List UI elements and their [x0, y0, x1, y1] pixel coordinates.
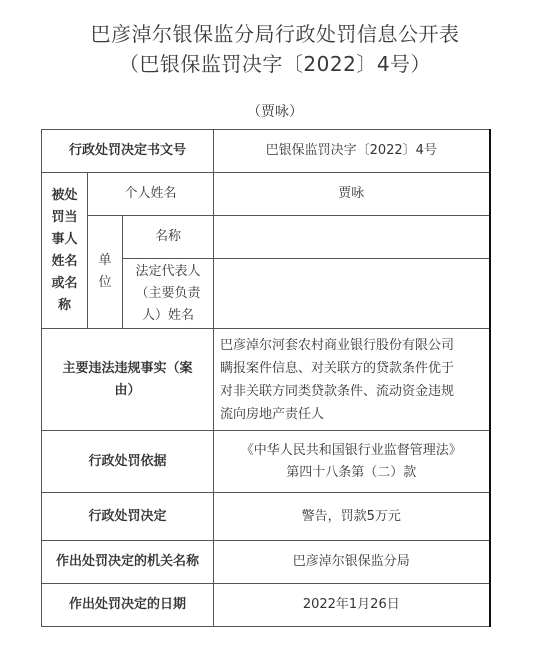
unit-label-line: 位	[88, 272, 122, 294]
date-label: 作出处罚决定的日期	[42, 584, 214, 627]
unit-label-line: 单	[88, 250, 122, 272]
row-violation: 主要违法违规事实（案 由） 巴彦淖尔河套农村商业银行股份有限公司 瞒报案件信息、…	[42, 329, 490, 431]
basis-value-line: 《中华人民共和国银行业监督管理法》	[214, 440, 489, 462]
party-name-subtitle: （贾咏）	[0, 101, 550, 121]
document-number-title: （巴银保监罚决字〔2022〕4号）	[0, 48, 550, 77]
row-individual-name: 被处 罚当 事人 姓名 或名 称 个人姓名 贾咏	[42, 173, 490, 216]
individual-name-label: 个人姓名	[88, 173, 214, 216]
legal-rep-label: 法定代表人 （主要负责 人）姓名	[123, 259, 214, 329]
doc-number-label: 行政处罚决定书文号	[42, 130, 214, 173]
unit-name-value	[214, 216, 490, 259]
violation-label: 主要违法违规事实（案 由）	[42, 329, 214, 431]
basis-value: 《中华人民共和国银行业监督管理法》 第四十八条第（二）款	[214, 431, 490, 493]
violation-value-line: 巴彦淖尔河套农村商业银行股份有限公司	[220, 334, 485, 357]
violation-value-line: 瞒报案件信息、对关联方的贷款条件优于	[220, 357, 485, 380]
violation-label-line: 主要违法违规事实（案	[42, 358, 213, 380]
legal-rep-label-line: （主要负责	[123, 283, 213, 305]
penalty-info-table: 行政处罚决定书文号 巴银保监罚决字〔2022〕4号 被处 罚当 事人 姓名 或名…	[41, 129, 491, 627]
row-date: 作出处罚决定的日期 2022年1月26日	[42, 584, 490, 627]
party-group-label: 被处 罚当 事人 姓名 或名 称	[42, 173, 88, 329]
basis-label: 行政处罚依据	[42, 431, 214, 493]
unit-name-label: 名称	[123, 216, 214, 259]
decision-label: 行政处罚决定	[42, 493, 214, 541]
party-label-line: 或名	[42, 273, 87, 295]
date-value: 2022年1月26日	[214, 584, 490, 627]
legal-rep-value	[214, 259, 490, 329]
page-title: 巴彦淖尔银保监分局行政处罚信息公开表	[0, 18, 550, 47]
unit-label: 单 位	[88, 216, 123, 329]
row-basis: 行政处罚依据 《中华人民共和国银行业监督管理法》 第四十八条第（二）款	[42, 431, 490, 493]
authority-value: 巴彦淖尔银保监分局	[214, 541, 490, 584]
legal-rep-label-line: 人）姓名	[123, 305, 213, 327]
row-authority: 作出处罚决定的机关名称 巴彦淖尔银保监分局	[42, 541, 490, 584]
row-unit-name: 单 位 名称	[42, 216, 490, 259]
violation-value-line: 对非关联方同类贷款条件、流动资金违规	[220, 380, 485, 403]
row-decision: 行政处罚决定 警告，罚款5万元	[42, 493, 490, 541]
authority-label: 作出处罚决定的机关名称	[42, 541, 214, 584]
violation-label-line: 由）	[42, 380, 213, 402]
party-label-line: 称	[42, 295, 87, 317]
individual-name-value: 贾咏	[214, 173, 490, 216]
party-label-line: 被处	[42, 185, 87, 207]
doc-number-value: 巴银保监罚决字〔2022〕4号	[214, 130, 490, 173]
decision-value: 警告，罚款5万元	[214, 493, 490, 541]
legal-rep-label-line: 法定代表人	[123, 261, 213, 283]
party-label-line: 罚当	[42, 207, 87, 229]
row-doc-number: 行政处罚决定书文号 巴银保监罚决字〔2022〕4号	[42, 130, 490, 173]
party-label-line: 姓名	[42, 251, 87, 273]
party-label-line: 事人	[42, 229, 87, 251]
basis-value-line: 第四十八条第（二）款	[214, 462, 489, 484]
violation-value: 巴彦淖尔河套农村商业银行股份有限公司 瞒报案件信息、对关联方的贷款条件优于 对非…	[214, 329, 490, 431]
violation-value-line: 流向房地产责任人	[220, 403, 485, 426]
